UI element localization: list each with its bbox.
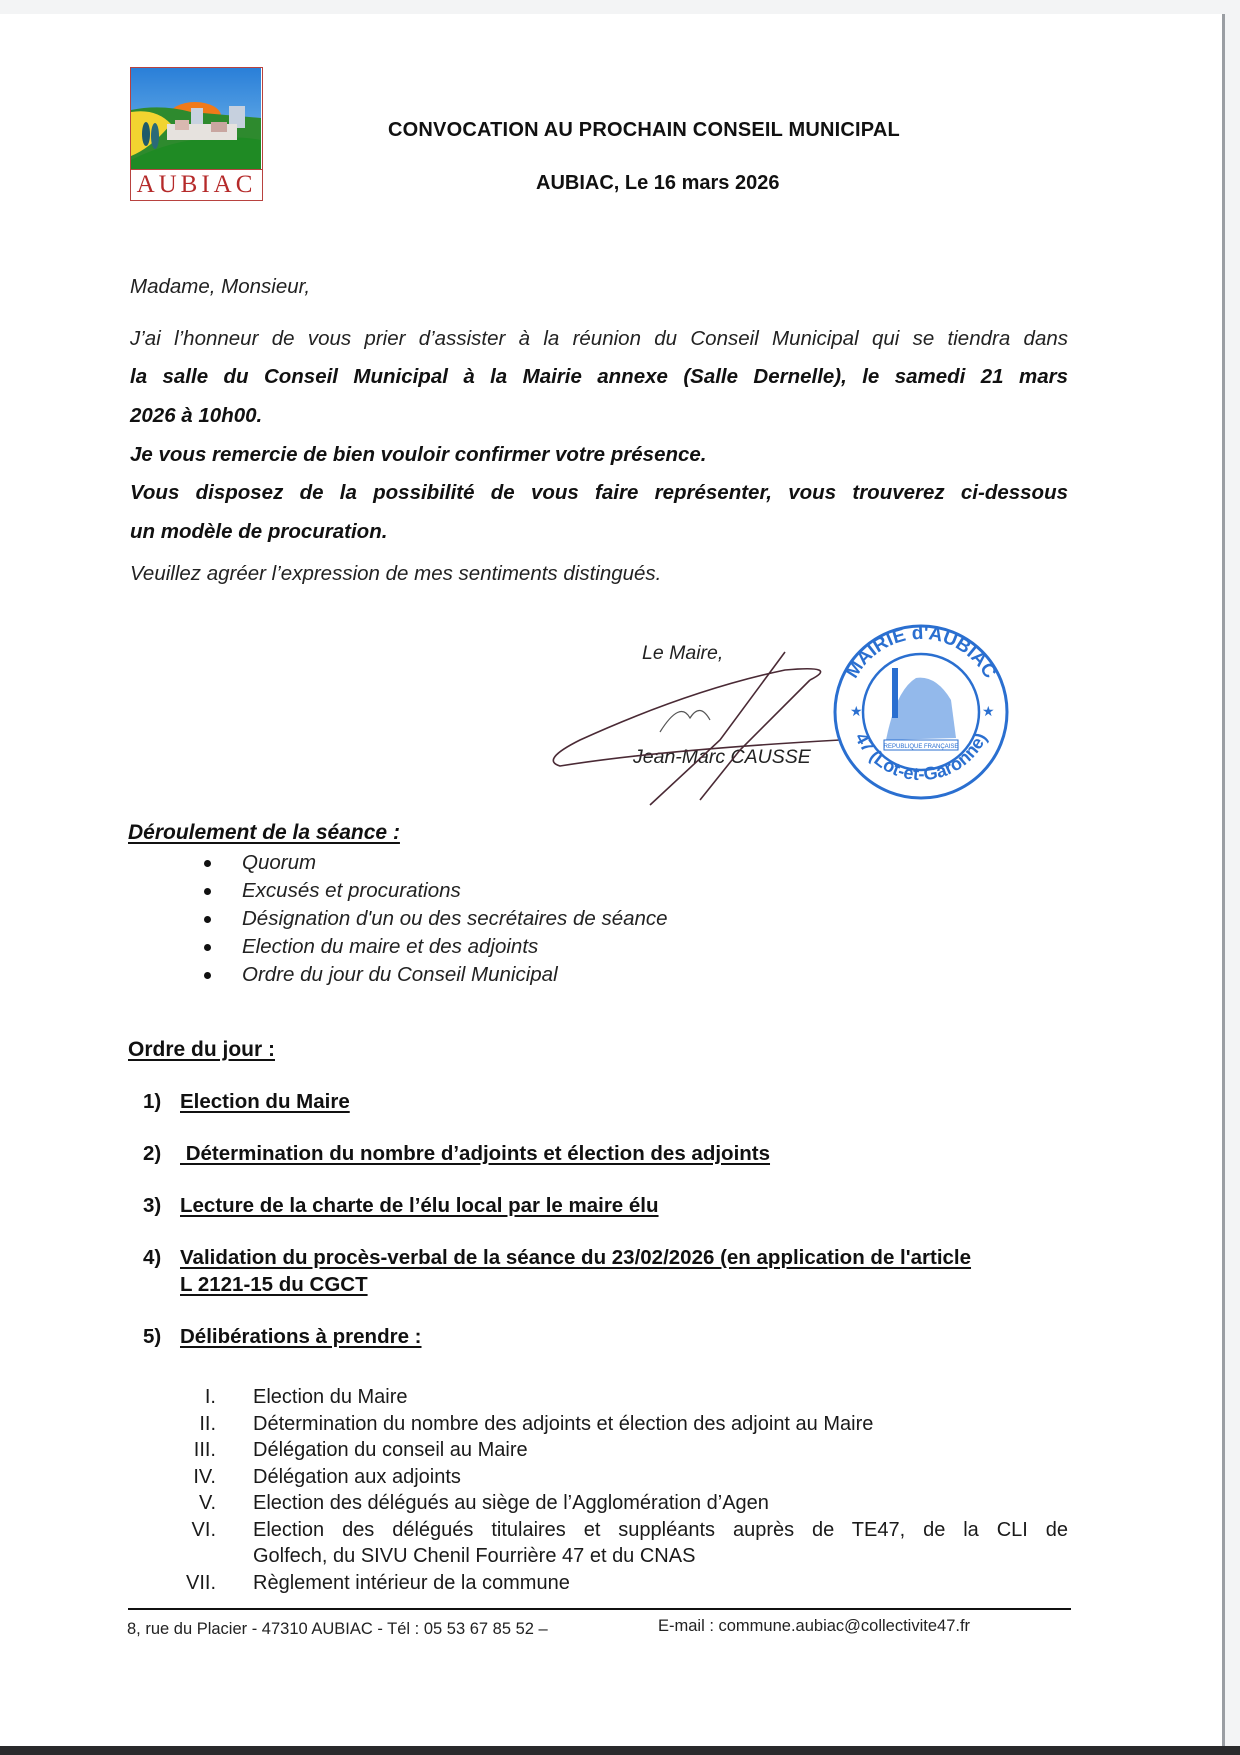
deliberation-item: IV.Délégation aux adjoints (160, 1464, 1068, 1491)
landscape-illustration (131, 68, 261, 170)
scan-bottom-strip (0, 1746, 1240, 1755)
list-item: Election du maire et des adjoints (200, 933, 668, 961)
deroulement-list: Quorum Excusés et procurations Désignati… (200, 849, 668, 989)
scan-edge (1222, 14, 1225, 1746)
agenda-item-4-cont: L 2121-15 du CGCT (180, 1273, 368, 1297)
bullet-icon (204, 888, 211, 895)
closing-text: Veuillez agréer l’expression de mes sent… (130, 562, 661, 586)
bullet-icon (204, 860, 211, 867)
footer-address: 8, rue du Placier - 47310 AUBIAC - Tél :… (127, 1620, 548, 1639)
document-title: CONVOCATION AU PROCHAIN CONSEIL MUNICIPA… (388, 119, 900, 142)
deliberations-list: I.Election du Maire II.Détermination du … (160, 1384, 1068, 1596)
deliberation-item: VII.Règlement intérieur de la commune (160, 1570, 1068, 1597)
deliberation-item: I.Election du Maire (160, 1384, 1068, 1411)
proxy-line-2: un modèle de procuration. (130, 520, 387, 544)
bullet-icon (204, 916, 211, 923)
bullet-icon (204, 972, 211, 979)
logo-text: AUBIAC (131, 169, 262, 200)
footer-divider (128, 1608, 1071, 1610)
agenda-item-5: 5)Délibérations à prendre : (143, 1325, 422, 1349)
intro-line-2: la salle du Conseil Municipal à la Mairi… (130, 365, 1068, 389)
proxy-text-1: Vous disposez de la possibilité de vous … (130, 481, 1068, 505)
intro-text-2: la salle du Conseil Municipal à la Mairi… (130, 365, 1068, 389)
deroulement-title: Déroulement de la séance : (128, 821, 400, 845)
bullet-icon (204, 944, 211, 951)
deliberation-item: VI.Election des délégués titulaires et s… (160, 1517, 1068, 1570)
svg-text:★: ★ (982, 703, 995, 719)
place-date: AUBIAC, Le 16 mars 2026 (536, 172, 779, 195)
list-item: Ordre du jour du Conseil Municipal (200, 961, 668, 989)
deliberation-item: III.Délégation du conseil au Maire (160, 1437, 1068, 1464)
svg-text:MAIRIE d'AUBIAC: MAIRIE d'AUBIAC (842, 623, 1001, 682)
agenda-item-4: 4)Validation du procès-verbal de la séan… (143, 1246, 971, 1270)
deliberation-item: V.Election des délégués au siège de l’Ag… (160, 1490, 1068, 1517)
handwritten-signature (540, 640, 840, 810)
mairie-stamp: MAIRIE d'AUBIAC 47 (Lot-et-Garonne) ★ ★ … (826, 620, 1016, 805)
proxy-line-1: Vous disposez de la possibilité de vous … (130, 481, 1068, 505)
intro-text-1: J’ai l’honneur de vous prier d’assister … (130, 327, 1068, 351)
agenda-item-1: 1)Election du Maire (143, 1090, 350, 1114)
svg-text:REPUBLIQUE FRANÇAISE: REPUBLIQUE FRANÇAISE (884, 744, 959, 750)
list-item: Quorum (200, 849, 668, 877)
agenda-item-2: 2) Détermination du nombre d’adjoints et… (143, 1142, 770, 1166)
svg-text:★: ★ (850, 703, 863, 719)
footer-email: E-mail : commune.aubiac@collectivite47.f… (658, 1617, 970, 1636)
agenda-item-3: 3)Lecture de la charte de l’élu local pa… (143, 1194, 659, 1218)
confirm-text: Je vous remercie de bien vouloir confirm… (130, 443, 707, 467)
intro-line-3: 2026 à 10h00. (130, 404, 262, 428)
list-item: Excusés et procurations (200, 877, 668, 905)
salutation: Madame, Monsieur, (130, 275, 310, 299)
list-item: Désignation d'un ou des secrétaires de s… (200, 905, 668, 933)
aubiac-logo: AUBIAC (130, 67, 263, 201)
deliberation-item: II.Détermination du nombre des adjoints … (160, 1411, 1068, 1438)
ordre-du-jour-title: Ordre du jour : (128, 1038, 275, 1062)
intro-line-1: J’ai l’honneur de vous prier d’assister … (130, 327, 1068, 351)
